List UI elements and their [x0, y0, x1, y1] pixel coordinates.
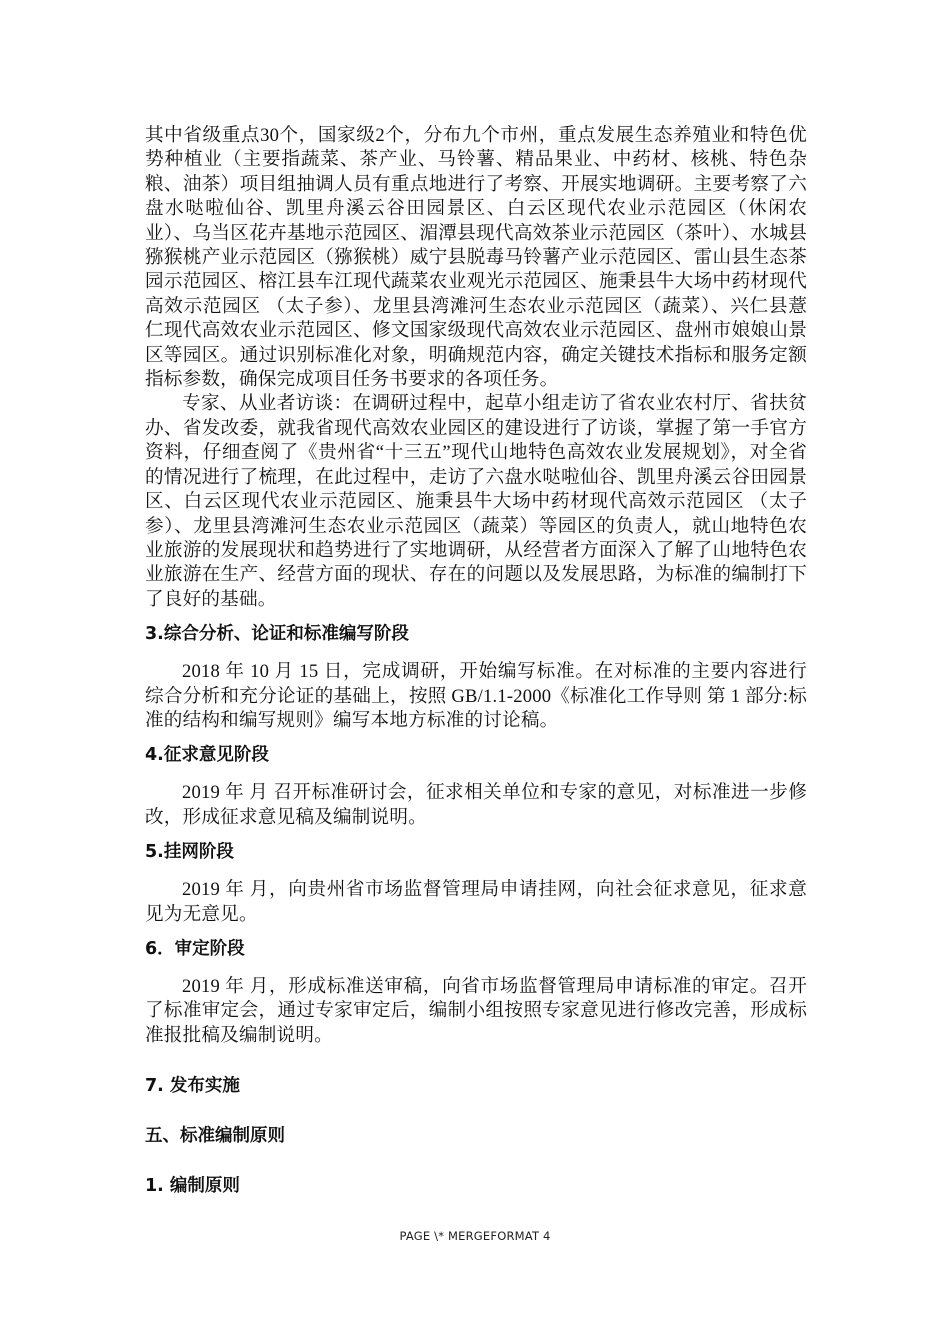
- paragraph-comment-stage: 2019 年 月 召开标准研讨会，征求相关单位和专家的意见，对标准进一步修改，形…: [145, 781, 807, 830]
- heading-compilation-principles: 五、标准编制原则: [145, 1124, 807, 1148]
- heading-analysis-stage: 3.综合分析、论证和标准编写阶段: [145, 622, 807, 646]
- paragraph-analysis-stage: 2018 年 10 月 15 日，完成调研，开始编写标准。在对标准的主要内容进行…: [145, 660, 807, 733]
- heading-release-implementation: 7. 发布实施: [145, 1074, 807, 1098]
- paragraph-publication-stage: 2019 年 月，向贵州省市场监督管理局申请挂网，向社会征求意见，征求意见为无意…: [145, 878, 807, 927]
- page-footer-field: PAGE \* MERGEFORMAT 4: [0, 1229, 950, 1243]
- document-page: 其中省级重点30个，国家级2个，分布九个市州，重点发展生态养殖业和特色优势种植业…: [145, 124, 807, 1198]
- paragraph-review-stage: 2019 年 月，形成标准送审稿，向省市场监督管理局申请标准的审定。召开了标准审…: [145, 975, 807, 1048]
- paragraph-survey-sites: 其中省级重点30个，国家级2个，分布九个市州，重点发展生态养殖业和特色优势种植业…: [145, 124, 807, 392]
- heading-review-stage: 6．审定阶段: [145, 937, 807, 961]
- heading-comment-stage: 4.征求意见阶段: [145, 743, 807, 767]
- paragraph-expert-interviews: 专家、从业者访谈：在调研过程中，起草小组走访了省农业农村厅、省扶贫办、省发改委，…: [145, 392, 807, 612]
- heading-publication-stage: 5.挂网阶段: [145, 840, 807, 864]
- heading-principles-1: 1. 编制原则: [145, 1174, 807, 1198]
